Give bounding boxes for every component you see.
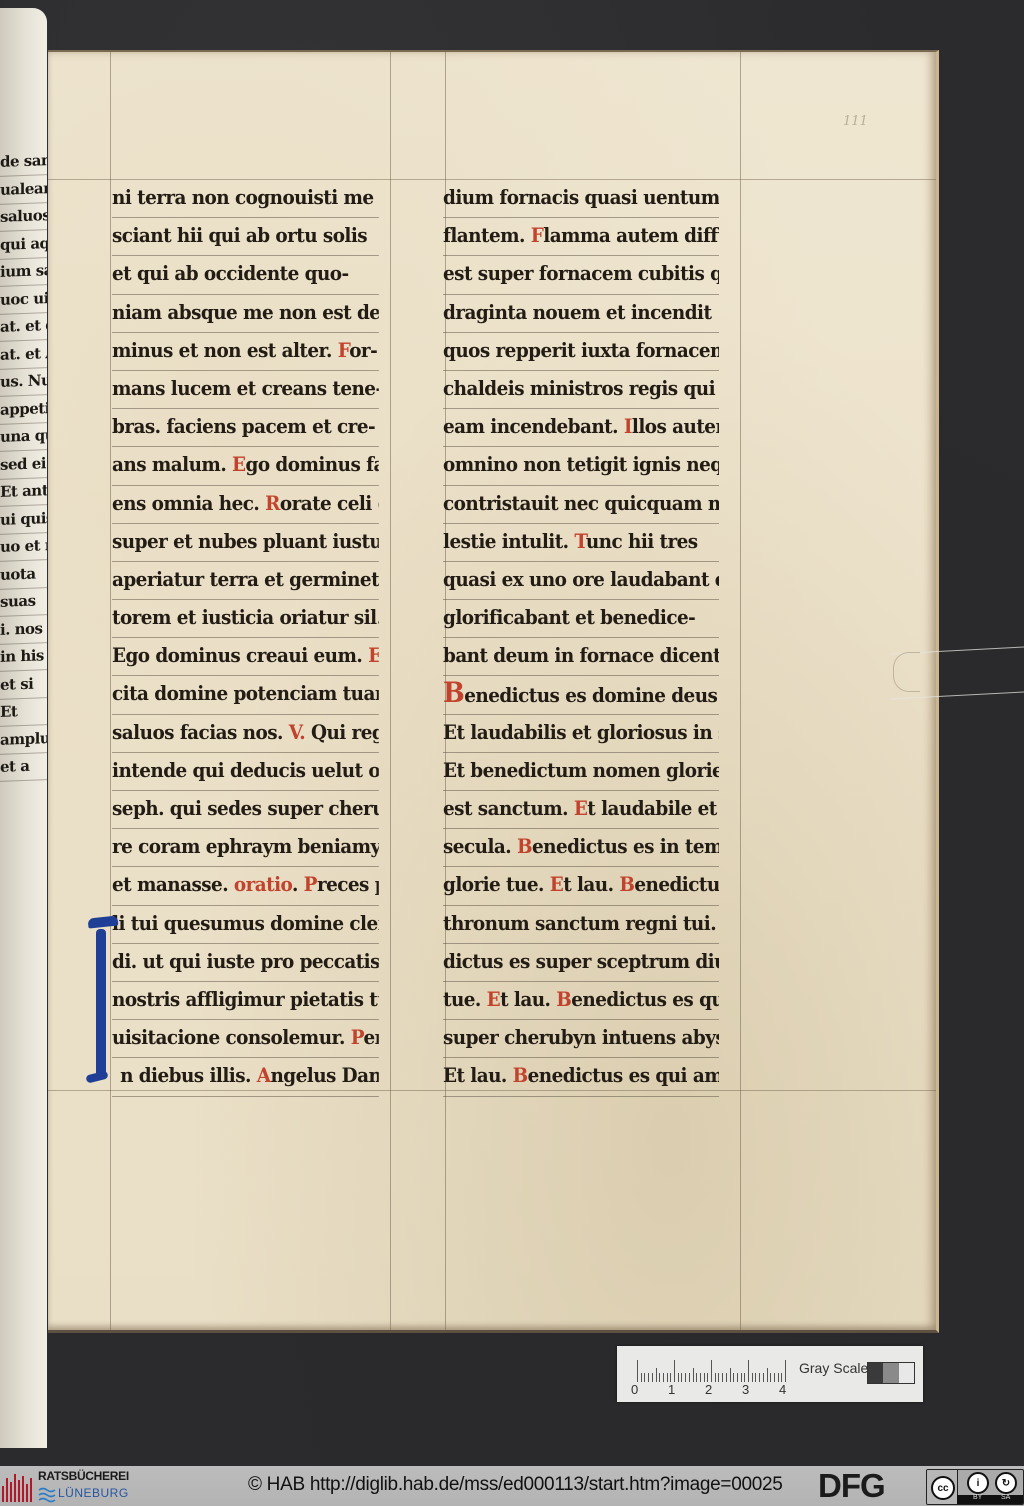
manuscript-line: ens omnia hec. Rorate celi de- [112, 486, 379, 524]
gray-scale-label: Gray Scale [799, 1360, 868, 1376]
manuscript-line: flantem. Flamma autem diffusa [443, 218, 719, 256]
copyright-link[interactable]: © HAB http://diglib.hab.de/mss/ed000113/… [248, 1474, 783, 1496]
manuscript-line: Et lau. Benedictus es qui ambulas [443, 1058, 719, 1096]
manuscript-line: niam absque me non est deus. Ego do- [112, 295, 379, 333]
ruler-tick [744, 1373, 745, 1382]
waves-icon [38, 1487, 56, 1503]
ruler-tick [770, 1373, 771, 1382]
gray-scale-swatches [867, 1362, 915, 1384]
facing-page-line: sed ei [0, 450, 47, 479]
facing-page-line: Et ante [0, 477, 47, 506]
manuscript-line: mans lucem et creans tene- [112, 371, 379, 409]
manuscript-line: saluos facias nos. V. Qui regis israel [112, 715, 379, 753]
facing-page-line: i. nos [0, 615, 47, 644]
manuscript-line: re coram ephraym beniamyn [112, 829, 379, 867]
ruler-tick [778, 1373, 779, 1382]
manuscript-line: seph. qui sedes super cherubyn appa- [112, 791, 379, 829]
manuscript-line: dium fornacis quasi uentum roris [443, 180, 719, 218]
manuscript-line: est sanctum. Et laudabile et gloriosum i… [443, 791, 719, 829]
ruler-labels: 01234 [631, 1382, 811, 1398]
manuscript-line: sciant hii qui ab ortu solis [112, 218, 379, 256]
ruler-tick [685, 1373, 686, 1382]
manuscript-line: thronum sanctum regni tui. Et lau. Bene- [443, 906, 719, 944]
manuscript-line: ans malum. Ego dominus faci- [112, 447, 379, 485]
gray-swatch [883, 1363, 898, 1383]
ruler-tick [700, 1373, 701, 1382]
ruler-tick [715, 1373, 716, 1382]
manuscript-line: eam incendebant. Illos autem [443, 409, 719, 447]
manuscript-line: Benedictus es domine deus patrum nostror… [443, 676, 719, 714]
manuscript-line: In diebus illis. Angelus Danie- [112, 1058, 379, 1096]
ruler-label: 0 [631, 1382, 638, 1397]
manuscript-line: et qui ab occidente quo- [112, 256, 379, 294]
ruling-line-vertical [110, 52, 111, 1330]
manuscript-line: dictus es super sceptrum diuinitatis [443, 944, 719, 982]
gray-swatch [899, 1363, 914, 1383]
facing-page-line: appetit [0, 395, 47, 424]
manuscript-line: li tui quesumus domine clementer exau- [112, 906, 379, 944]
facing-page-line: qui aquis [0, 230, 47, 259]
ruler-label: 2 [705, 1382, 712, 1397]
manuscript-line: Et benedictum nomen glorie tue quod [443, 753, 719, 791]
ruler-tick [759, 1373, 760, 1382]
ruler-tick [748, 1360, 749, 1382]
manuscript-line: glorificabant et benedice- [443, 600, 719, 638]
cc-license-badge[interactable]: cc i ↻ BY SA [926, 1469, 1024, 1505]
text-column-left: ni terra non cognouisti me utsciant hii … [112, 180, 402, 1097]
ruler-tick [652, 1373, 653, 1382]
ruler-tick [726, 1373, 727, 1382]
text-column-right: dium fornacis quasi uentum rorisflantem.… [443, 180, 743, 1097]
ruler-tick [704, 1373, 705, 1382]
ruler-tick [737, 1373, 738, 1382]
ruler-tick [674, 1360, 675, 1382]
ruler-tick [689, 1373, 690, 1382]
ruler-tick [785, 1360, 786, 1382]
manuscript-line: secula. Benedictus es in templo sancto [443, 829, 719, 867]
library-city: LÜNEBURG [58, 1486, 129, 1500]
manuscript-line: Et laudabilis et gloriosus in secula. [443, 715, 719, 753]
manuscript-line: super et nubes pluant iustum. [112, 524, 379, 562]
ruler-tick [722, 1373, 723, 1382]
license-by: BY [973, 1494, 982, 1501]
facing-page-line: una que [0, 422, 47, 451]
ruler-tick [681, 1373, 682, 1382]
manuscript-line: et manasse. oratio. Preces popu- [112, 867, 379, 905]
manuscript-line: ni terra non cognouisti me ut [112, 180, 379, 218]
ruler-label: 1 [668, 1382, 675, 1397]
ruler-tick [733, 1373, 734, 1382]
decorated-initial-i [88, 917, 112, 1087]
manuscript-line: nostris affligimur pietatis tue [112, 982, 379, 1020]
manuscript-line: quos repperit iuxta fornacem de [443, 333, 719, 371]
manuscript-line: intende qui deducis uelut ouem io- [112, 753, 379, 791]
ruler-tick [693, 1368, 694, 1382]
ruler-tick [696, 1373, 697, 1382]
ruler-label: 3 [742, 1382, 749, 1397]
manuscript-line: cita domine potenciam tuam et ueni ut [112, 676, 379, 714]
manuscript-line: uisitacione consolemur. Per [112, 1020, 379, 1058]
dfg-logo: DFG [818, 1468, 885, 1504]
facing-page-edge: de sanctis uiriualeant ipsumsaluos facia… [0, 8, 47, 1448]
manuscript-line: di. ut qui iuste pro peccatis [112, 944, 379, 982]
ruler-tick [707, 1373, 708, 1382]
facing-page-line: amplus [0, 725, 47, 754]
facing-page-text: de sanctis uiriualeant ipsumsaluos facia… [0, 148, 47, 781]
facing-page-line: ualeant ipsum [0, 175, 47, 204]
ruler-tick [730, 1368, 731, 1382]
ruler-tick [659, 1373, 660, 1382]
manuscript-leaf: 111 ni terra non cognouisti me utsciant … [48, 50, 939, 1333]
facing-page-line: at. et Alle [0, 340, 47, 369]
page-clip-loop [893, 652, 920, 692]
license-sa: SA [1001, 1494, 1010, 1501]
manuscript-line: torem et iusticia oriatur sil. [112, 600, 379, 638]
manuscript-line: bras. faciens pacem et cre- [112, 409, 379, 447]
manuscript-line: contristauit nec quicquam mo- [443, 486, 719, 524]
ruler-tick [718, 1373, 719, 1382]
ruler-tick [670, 1373, 671, 1382]
ruler-tick [644, 1373, 645, 1382]
facing-page-line: ium sanctum [0, 257, 47, 286]
manuscript-line: glorie tue. Et lau. Benedictus es super [443, 867, 719, 905]
facing-page-line: uoc uirtu [0, 285, 47, 314]
manuscript-line: draginta nouem et incendit [443, 295, 719, 333]
manuscript-line: super cherubyn intuens abyssos. [443, 1020, 719, 1058]
facing-page-line: uo et ri [0, 532, 47, 561]
gray-swatch [868, 1363, 883, 1383]
facing-page-line: in his [0, 642, 47, 671]
scale-card: 01234 Gray Scale [617, 1346, 923, 1402]
facing-page-line: et a [0, 752, 47, 781]
ruler-tick [656, 1368, 657, 1382]
ruler-tick [767, 1368, 768, 1382]
manuscript-line: tue. Et lau. Benedictus es qui sedes [443, 982, 719, 1020]
ruler-tick [711, 1360, 712, 1382]
ruler-tick [741, 1373, 742, 1382]
facing-page-line: ui quis [0, 505, 47, 534]
library-name: RATSBÜCHEREI [38, 1469, 129, 1483]
ruler-tick [781, 1373, 782, 1382]
ruler-tick [752, 1373, 753, 1382]
attribution-icon: i [967, 1472, 989, 1494]
facing-page-line: et si [0, 670, 47, 699]
cc-icon: cc [931, 1476, 955, 1500]
ruler-tick [641, 1373, 642, 1382]
manuscript-line: chaldeis ministros regis qui [443, 371, 719, 409]
ruler-tick [678, 1373, 679, 1382]
ruler-label: 4 [779, 1382, 786, 1397]
facing-page-line: suas [0, 587, 47, 616]
ruler-tick [667, 1373, 668, 1382]
facing-page-line: saluos facias [0, 202, 47, 231]
manuscript-line: aperiatur terra et germinet salua- [112, 562, 379, 600]
facing-page-line: uota [0, 560, 47, 589]
ruler-ticks [637, 1360, 795, 1382]
ruler-tick [663, 1373, 664, 1382]
ruler-tick [648, 1373, 649, 1382]
ruler-tick [755, 1373, 756, 1382]
footer-bar: RATSBÜCHEREI LÜNEBURG © HAB http://digli… [0, 1466, 1024, 1506]
manuscript-line: lestie intulit. Tunc hii tres [443, 524, 719, 562]
share-alike-icon: ↻ [995, 1472, 1017, 1494]
folio-number: 111 [843, 114, 868, 129]
facing-page-line: Et [0, 697, 47, 726]
facing-page-line: de sanctis uiri [0, 147, 47, 176]
ruler-tick [774, 1373, 775, 1382]
manuscript-line: quasi ex uno ore laudabant et [443, 562, 719, 600]
manuscript-line: est super fornacem cubitis qua- [443, 256, 719, 294]
manuscript-line: omnino non tetigit ignis neque [443, 447, 719, 485]
library-logo-icon [2, 1472, 36, 1502]
facing-page-line: us. Nunc [0, 367, 47, 396]
ruler-tick [763, 1373, 764, 1382]
manuscript-line: bant deum in fornace dicentes. [443, 638, 719, 676]
manuscript-line: Ego dominus creaui eum. Ex- [112, 638, 379, 676]
manuscript-line: minus et non est alter. For- [112, 333, 379, 371]
facing-page-line: at. et quoniam [0, 312, 47, 341]
ruler-tick [637, 1360, 638, 1382]
